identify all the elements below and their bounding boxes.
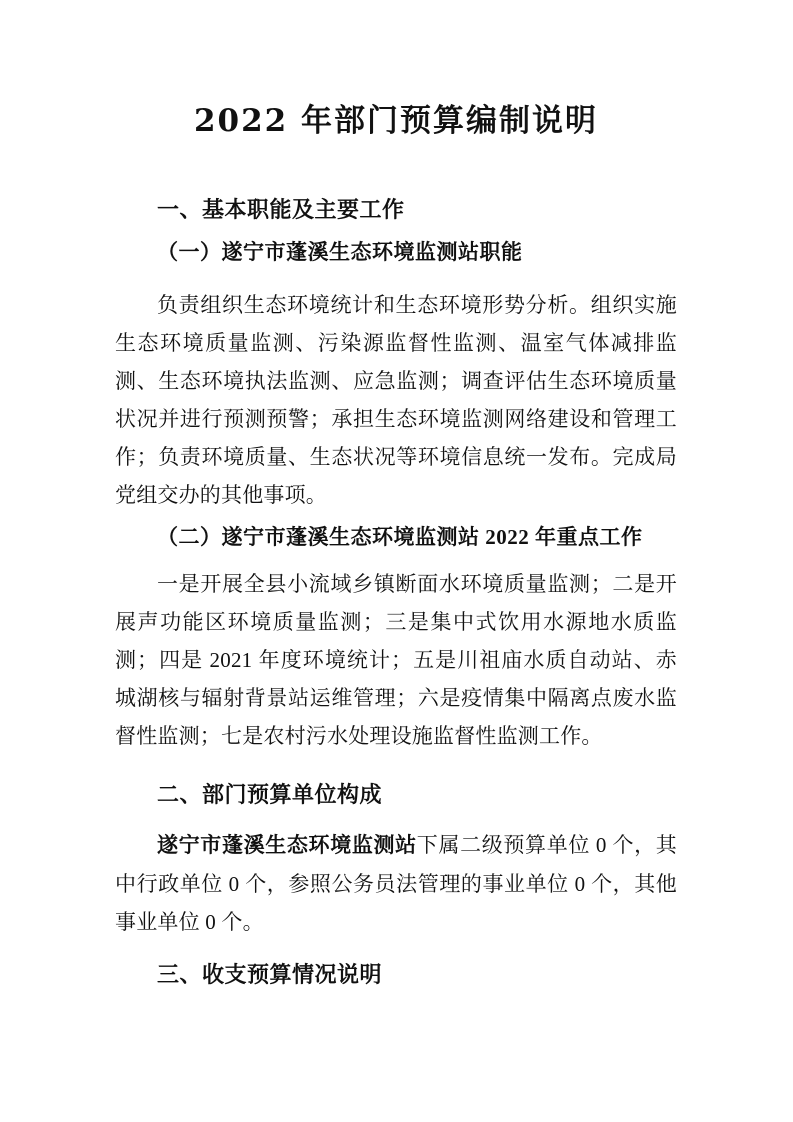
document-title: 2022 年部门预算编制说明: [115, 98, 677, 144]
heading-section-two: 二、部门预算单位构成: [115, 776, 677, 814]
heading-section-three: 三、收支预算情况说明: [115, 956, 677, 994]
paragraph-station-functions: 负责组织生态环境统计和生态环境形势分析。组织实施生态环境质量监测、污染源监督性监…: [115, 286, 677, 514]
heading-subsection-one: （一）遂宁市蓬溪生态环境监测站职能: [115, 233, 677, 271]
heading-section-one: 一、基本职能及主要工作: [115, 191, 677, 229]
document-page: 2022 年部门预算编制说明 一、基本职能及主要工作 （一）遂宁市蓬溪生态环境监…: [0, 0, 793, 1122]
heading-subsection-two: （二）遂宁市蓬溪生态环境监测站 2022 年重点工作: [115, 518, 677, 556]
org-name-bold: 遂宁市蓬溪生态环境监测站: [157, 834, 417, 857]
paragraph-budget-units: 遂宁市蓬溪生态环境监测站下属二级预算单位 0 个，其中行政单位 0 个，参照公务…: [115, 826, 677, 941]
paragraph-key-tasks: 一是开展全县小流域乡镇断面水环境质量监测；二是开展声功能区环境质量监测；三是集中…: [115, 565, 677, 755]
